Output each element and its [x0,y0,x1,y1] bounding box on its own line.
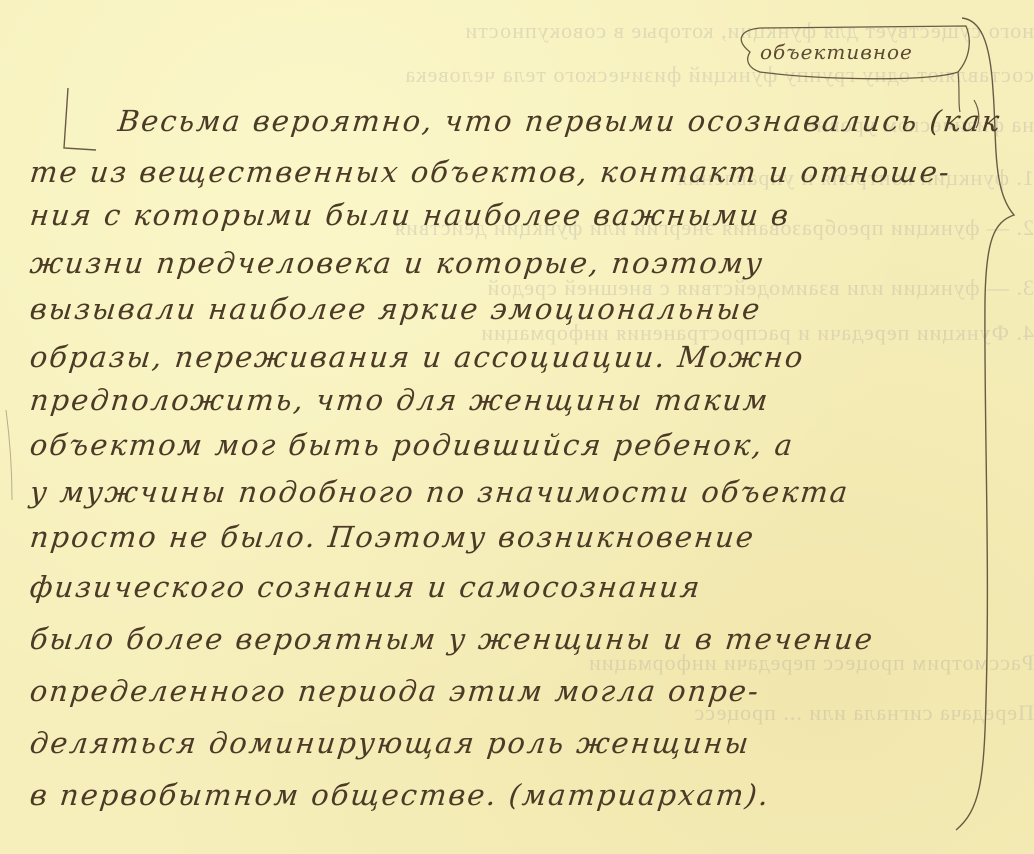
manuscript-line-7: предположить, что для женщины таким [28,383,771,417]
manuscript-line-9: у мужчины подобного по значимости объект… [28,475,851,509]
manuscript-line-12: было более вероятным у женщины и в течен… [28,622,876,656]
manuscript-line-4: жизни предчеловека и которые, поэтому [28,246,765,280]
manuscript-line-6: образы, переживания и ассоциации. Можно [28,340,806,374]
left-bracket-mark [64,88,96,150]
manuscript-line-14: деляться доминирующая роль женщины [28,726,752,760]
manuscript-line-11: физического сознания и самосознания [28,570,703,604]
manuscript-line-1: Весьма вероятно, что первыми осознавалис… [116,104,1003,138]
manuscript-line-15: в первобытном обществе. (матриархат). [28,778,772,812]
manuscript-line-8: объектом мог быть родившийся ребенок, а [28,428,796,462]
margin-note: объективное [760,40,913,64]
manuscript-line-3: ния с которыми были наиболее важными в [28,198,792,232]
manuscript-line-13: определенного периода этим могла опре- [28,674,762,708]
manuscript-line-5: вызывали наиболее яркие эмоциональные [28,292,763,326]
right-brace-mark [956,18,1014,830]
manuscript-line-2: те из вещественных объектов, контакт и о… [28,155,952,189]
manuscript-page: ного существует для функции, которые в с… [0,0,1034,854]
manuscript-line-10: просто не было. Поэтому возникновение [28,520,757,554]
